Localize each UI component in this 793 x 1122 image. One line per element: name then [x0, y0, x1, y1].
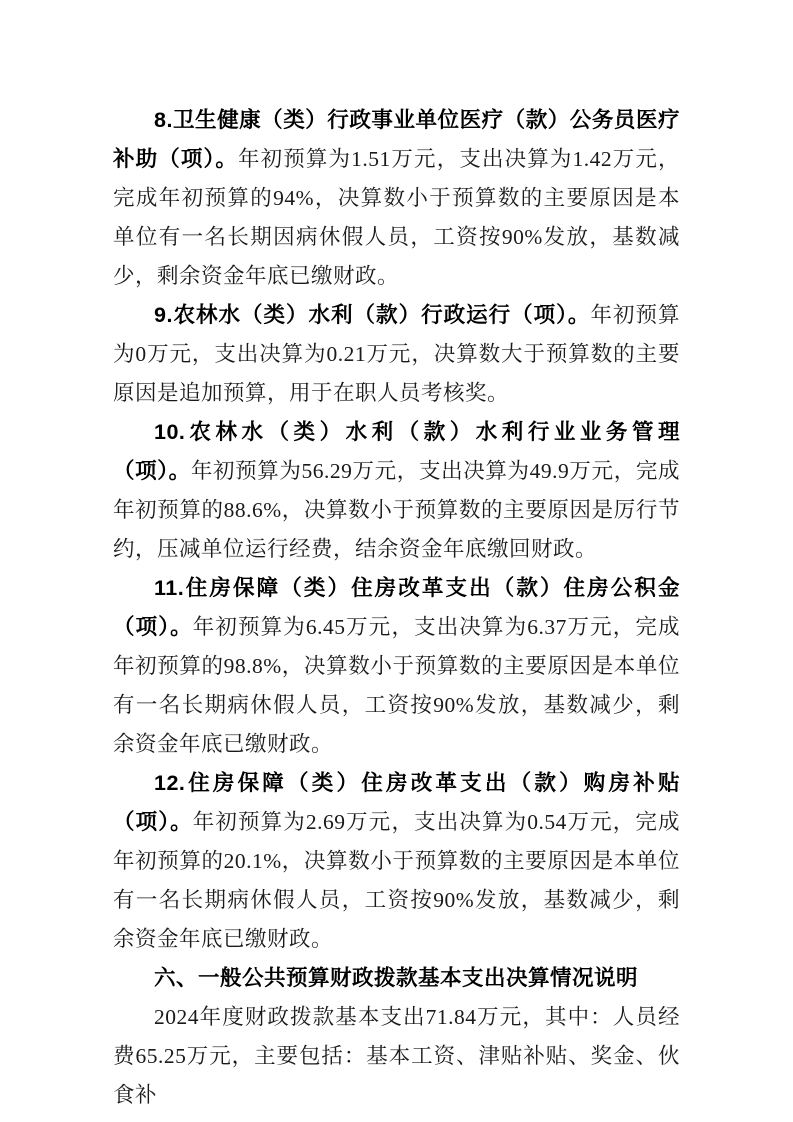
basic-expenditure-body: 2024年度财政拨款基本支出71.84万元，其中：人员经费65.25万元，主要包…	[113, 1005, 680, 1107]
paragraph-item-12: 12.住房保障（类）住房改革支出（款）购房补贴（项）。年初预算为2.69万元，支…	[113, 764, 680, 959]
page-content: 8.卫生健康（类）行政事业单位医疗（款）公务员医疗补助（项）。年初预算为1.51…	[113, 101, 680, 1115]
item-12-body: 年初预算为2.69万元，支出决算为0.54万元，完成年初预算的20.1%，决算数…	[113, 810, 680, 951]
document-page: 8.卫生健康（类）行政事业单位医疗（款）公务员医疗补助（项）。年初预算为1.51…	[0, 0, 793, 1122]
paragraph-item-8: 8.卫生健康（类）行政事业单位医疗（款）公务员医疗补助（项）。年初预算为1.51…	[113, 101, 680, 296]
section-heading-6-text: 六、一般公共预算财政拨款基本支出决算情况说明	[154, 966, 638, 990]
item-11-body: 年初预算为6.45万元，支出决算为6.37万元，完成年初预算的98.8%，决算数…	[113, 615, 680, 756]
paragraph-item-9: 9.农林水（类）水利（款）行政运行（项）。年初预算为0万元，支出决算为0.21万…	[113, 296, 680, 413]
paragraph-item-11: 11.住房保障（类）住房改革支出（款）住房公积金（项）。年初预算为6.45万元，…	[113, 569, 680, 764]
paragraph-item-10: 10.农林水（类）水利（款）水利行业业务管理（项）。年初预算为56.29万元，支…	[113, 413, 680, 569]
item-9-heading: 9.农林水（类）水利（款）行政运行（项）。	[154, 303, 590, 327]
item-10-body: 年初预算为56.29万元，支出决算为49.9万元，完成年初预算的88.6%，决算…	[113, 459, 680, 561]
section-heading-6: 六、一般公共预算财政拨款基本支出决算情况说明	[113, 959, 680, 998]
paragraph-basic-expenditure: 2024年度财政拨款基本支出71.84万元，其中：人员经费65.25万元，主要包…	[113, 998, 680, 1115]
